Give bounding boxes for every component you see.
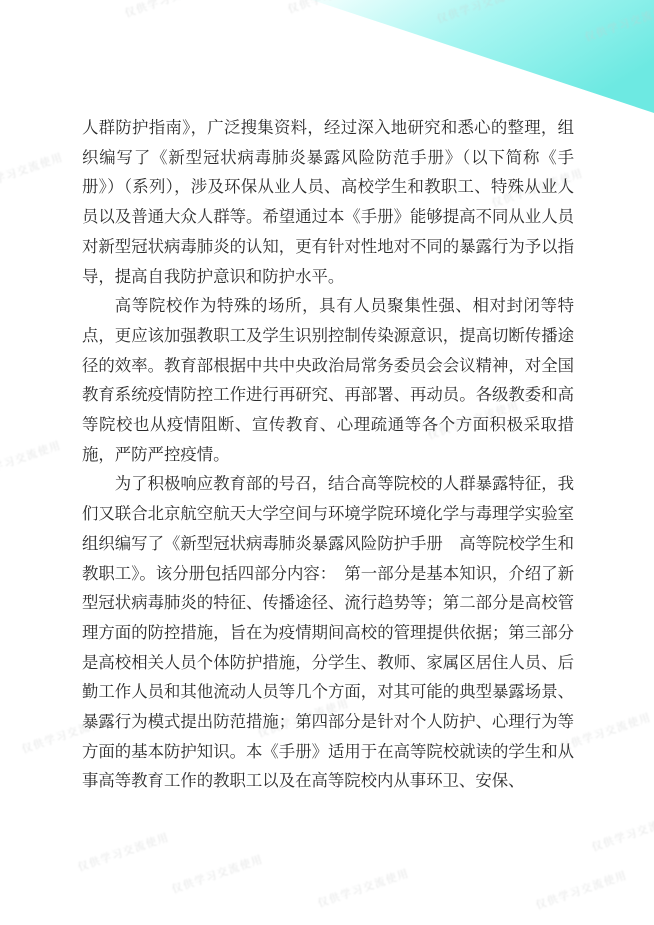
watermark-stamp: 仅供学习交流使用 (435, 0, 531, 27)
watermark-stamp: 仅供学习交流使用 (590, 809, 654, 854)
watermark-stamp: 仅供学习交流使用 (76, 829, 172, 874)
corner-decoration (0, 0, 654, 120)
watermark-stamp: 仅供学习交流使用 (583, 0, 654, 45)
watermark-stamp: 仅供学习交流使用 (0, 149, 65, 194)
watermark-stamp: 仅供学习交流使用 (534, 867, 630, 912)
watermark-stamp: 仅供学习交流使用 (286, 0, 382, 17)
watermark-stamp: 仅供学习交流使用 (0, 437, 63, 482)
watermark-stamp: 仅供学习交流使用 (123, 0, 219, 21)
body-text: 人群防护指南》，广泛搜集资料，经过深入地研究和悉心的整理，组织编写了《新型冠状病… (82, 113, 574, 796)
paragraph-1: 人群防护指南》，广泛搜集资料，经过深入地研究和悉心的整理，组织编写了《新型冠状病… (82, 113, 574, 291)
watermark-stamp: 仅供学习交流使用 (170, 851, 266, 896)
paragraph-3: 为了积极响应教育部的号召，结合高等院校的人群暴露特征，我们又联合北京航空航天大学… (82, 469, 574, 796)
corner-triangle (312, 0, 654, 113)
document-page: 仅供学习交流使用仅供学习交流使用仅供学习交流使用仅供学习交流使用仅供学习交流使用… (0, 0, 654, 925)
paragraph-2: 高等院校作为特殊的场所，具有人员聚集性强、相对封闭等特点，更应该加强教职工及学生… (82, 291, 574, 469)
watermark-stamp: 仅供学习交流使用 (316, 865, 412, 910)
